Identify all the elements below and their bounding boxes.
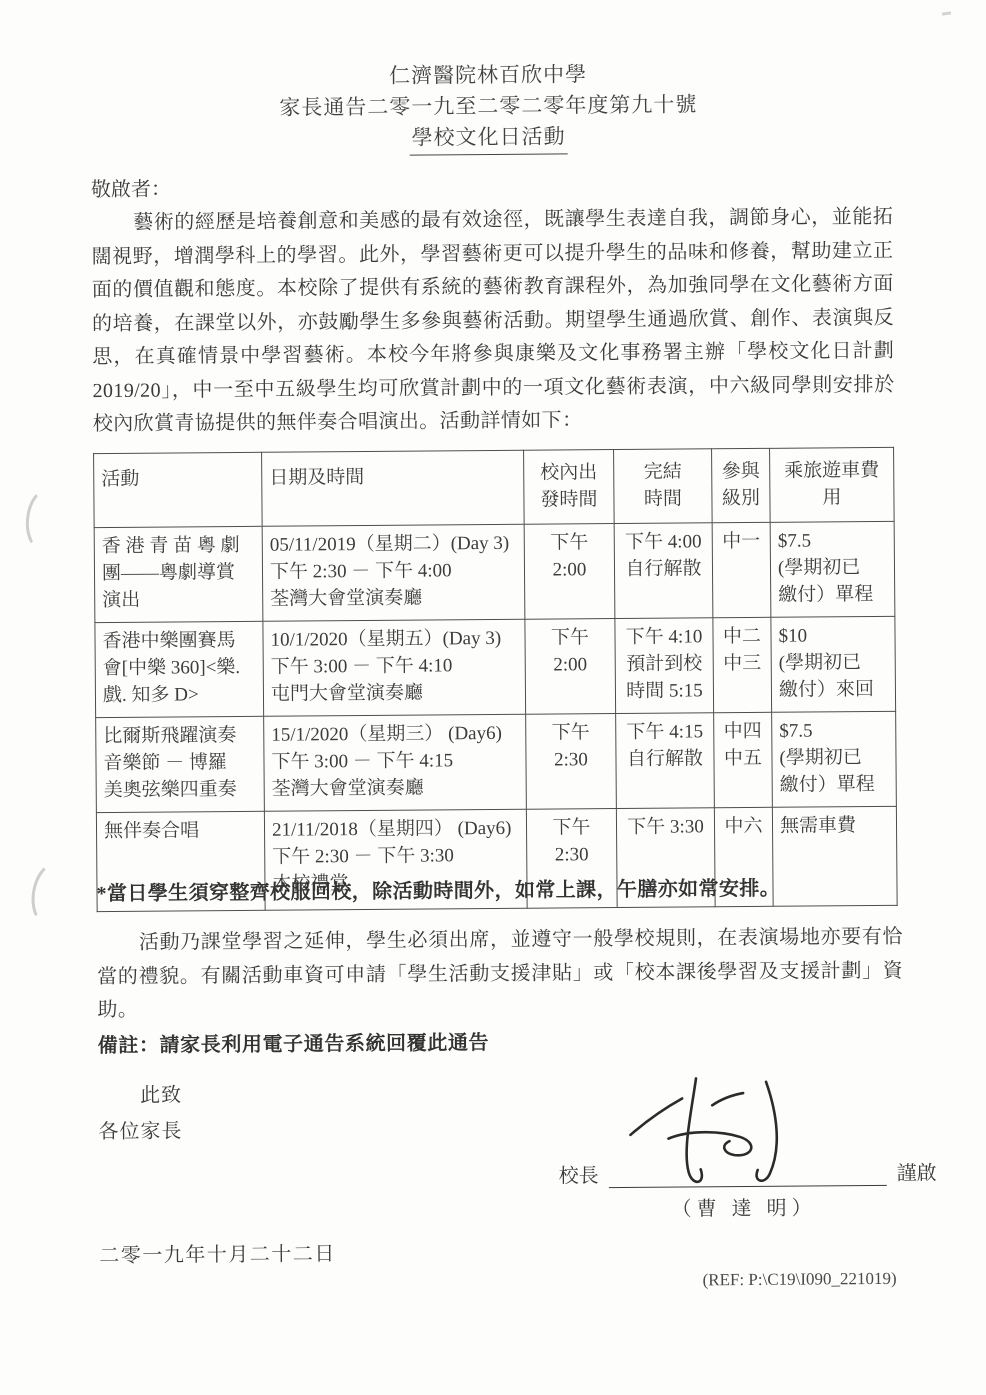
header-end: 完結時間 xyxy=(614,449,713,524)
signature-line xyxy=(609,1163,887,1188)
header-datetime: 日期及時間 xyxy=(262,450,525,526)
header-activity: 活動 xyxy=(94,452,263,527)
notice-subject: 學校文化日活動 xyxy=(409,121,567,155)
cell-activity: 香港中樂團賽馬會[中樂 360]<樂.戲. 知多 D> xyxy=(95,621,264,717)
cell-end: 下午 4:15自行解散 xyxy=(616,713,715,809)
header-fare: 乘旅遊車費用 xyxy=(770,447,895,522)
cell-end: 下午 4:10預計到校時間 5:15 xyxy=(615,618,714,714)
notice-document: 仁濟醫院林百欣中學 家長通告二零一九至二零二零年度第九十號 學校文化日活動 敬啟… xyxy=(0,0,986,1395)
cell-end: 下午 4:00自行解散 xyxy=(614,523,713,619)
second-paragraph: 活動乃課堂學習之延伸，學生必須出席，並遵守一般學校規則，在表演場地亦要有恰當的禮… xyxy=(97,921,904,1028)
document-header: 仁濟醫院林百欣中學 家長通告二零一九至二零二零年度第九十號 學校文化日活動 xyxy=(0,56,982,159)
cell-fare: $10(學期初已繳付）來回 xyxy=(771,616,896,712)
cell-forms: 中二中三 xyxy=(713,617,772,712)
cell-forms: 中四中五 xyxy=(714,712,773,807)
principal-label: 校長 xyxy=(559,1159,599,1188)
reference-number: (REF: P:\C19\I090_221019) xyxy=(703,1269,897,1291)
cell-datetime: 15/1/2020（星期三） (Day6)下午 3:00 － 下午 4:15荃灣… xyxy=(264,714,527,811)
cell-fare: $7.5(學期初已繳付）單程 xyxy=(770,521,895,617)
cell-forms: 中一 xyxy=(712,522,771,617)
cell-activity: 比爾斯飛躍演奏音樂節 － 博羅美奧弦樂四重奏 xyxy=(96,716,265,812)
salutation: 敬啟者： xyxy=(91,173,171,203)
principal-name: （曹 達 明） xyxy=(629,1191,859,1222)
intro-paragraph: 藝術的經歷是培養創意和美感的最有效途徑，既讓學生表達自我，調節身心，並能拓闊視野… xyxy=(91,201,895,442)
cell-departure: 下午 2:30 xyxy=(526,714,617,810)
cell-departure: 下午 2:00 xyxy=(525,619,616,715)
table-row: 比爾斯飛躍演奏音樂節 － 博羅美奧弦樂四重奏15/1/2020（星期三） (Da… xyxy=(96,711,897,812)
cell-datetime: 05/11/2019（星期二）(Day 3)下午 2:30 － 下午 4:00荃… xyxy=(262,524,525,621)
closing-recipients: 各位家長 xyxy=(98,1114,182,1144)
issue-date: 二零一九年十月二十二日 xyxy=(99,1237,336,1268)
closing-cizhi: 此致 xyxy=(140,1078,182,1107)
remark-line: 備註：請家長利用電子通告系統回覆此通告 xyxy=(98,1026,490,1058)
activity-schedule-table: 活動日期及時間校內出發時間完結時間參與級別乘旅遊車費用 香 港 青 苗 粵 劇團… xyxy=(93,447,898,912)
respect-label: 謹啟 xyxy=(897,1157,937,1186)
scanned-content: 仁濟醫院林百欣中學 家長通告二零一九至二零二零年度第九十號 學校文化日活動 敬啟… xyxy=(0,0,986,1395)
table-row: 香港中樂團賽馬會[中樂 360]<樂.戲. 知多 D>10/1/2020（星期五… xyxy=(95,616,896,717)
header-departure: 校內出發時間 xyxy=(524,450,615,525)
cell-activity: 香 港 青 苗 粵 劇團——粵劇導賞演出 xyxy=(94,526,263,622)
table-header-row: 活動日期及時間校內出發時間完結時間參與級別乘旅遊車費用 xyxy=(94,447,895,527)
signature-block: 校長 謹啟 （曹 達 明） xyxy=(558,1075,937,1223)
cell-datetime: 10/1/2020（星期五）(Day 3)下午 3:00 － 下午 4:10屯門… xyxy=(263,619,526,716)
table-row: 香 港 青 苗 粵 劇團——粵劇導賞演出05/11/2019（星期二）(Day … xyxy=(94,521,895,622)
cell-fare: $7.5(學期初已繳付）單程 xyxy=(772,711,897,807)
header-forms: 參與級別 xyxy=(712,448,771,522)
cell-departure: 下午 2:00 xyxy=(524,524,615,620)
